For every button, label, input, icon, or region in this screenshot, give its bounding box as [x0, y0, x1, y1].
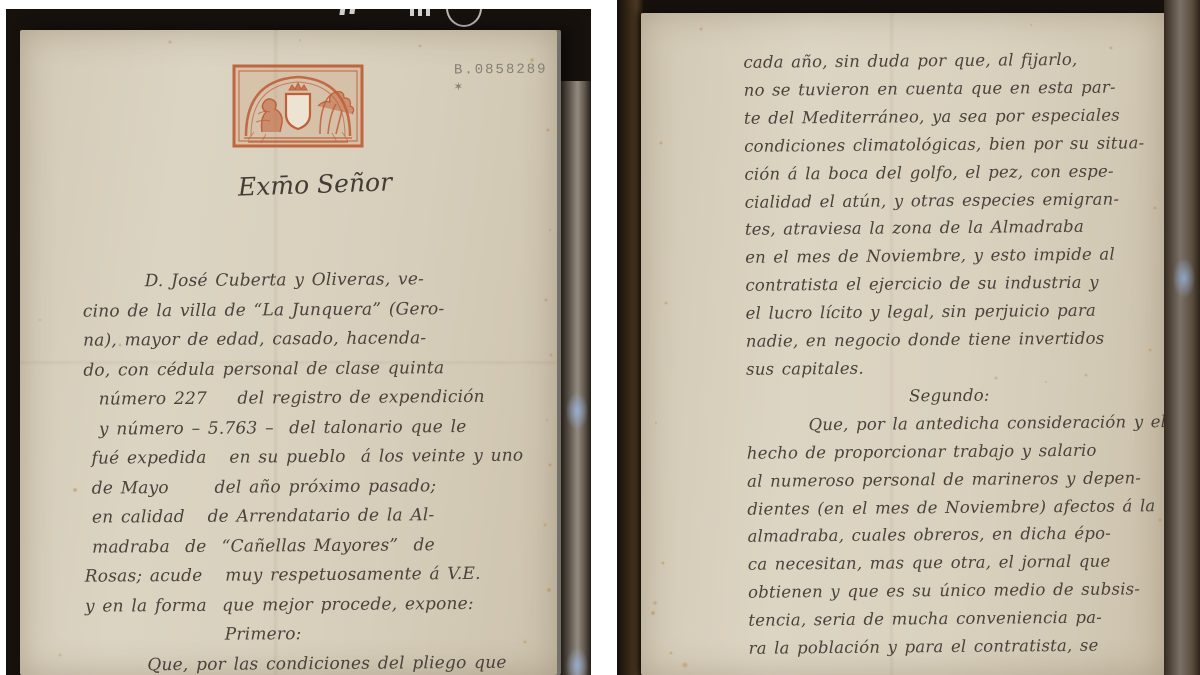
manuscript-line: no se tuvieron en cuenta que en esta par… [744, 73, 1150, 104]
cropped-top-mark [418, 9, 422, 16]
manuscript-line: te del Mediterráneo, ya sea por especial… [744, 101, 1150, 132]
manuscript-line: D. José Cuberta y Oliveras, ve- [83, 264, 559, 297]
manuscript-line: de Mayo del año próximo pasado; [84, 471, 560, 504]
manuscript-line: condiciones climatológicas, bien por su … [744, 129, 1150, 160]
left-page-paper: B.0858289 ✶ Exm̄o Señor D. José Cuberta … [20, 30, 557, 675]
manuscript-line: cialidad el atún, y otras especies emigr… [745, 185, 1151, 216]
stamp-serial-number: B.0858289 ✶ [454, 62, 557, 96]
manuscript-line: Que, por la antedicha consideración y el [746, 408, 1152, 439]
document-scan: B.0858289 ✶ Exm̄o Señor D. José Cuberta … [0, 0, 1200, 675]
salutation-heading: Exm̄o Señor [220, 167, 411, 203]
fiscal-stamp-emblem-icon [232, 64, 364, 148]
manuscript-line: na), mayor de edad, casado, hacenda- [83, 323, 559, 356]
manuscript-line: ca necesitan, mas que otra, el jornal qu… [748, 548, 1154, 579]
manuscript-line: Rosas; acude muy respetuosamente á V.E. [85, 559, 561, 592]
manuscript-line: cino de la villa de “La Junquera” (Gero- [83, 294, 559, 327]
cropped-top-mark [349, 9, 355, 14]
manuscript-line: contratista el ejercicio de su industria… [745, 268, 1151, 299]
cropped-top-mark [426, 9, 430, 16]
manuscript-line: tes, atraviesa la zona de la Almadraba [745, 213, 1151, 244]
right-page-text: cada año, sin duda por que, al fijarlo,n… [743, 45, 1154, 662]
manuscript-line: el lucro lícito y legal, sin perjuicio p… [746, 296, 1152, 327]
manuscript-line: ra la población y para el contratista, s… [748, 631, 1154, 662]
table-edge-strip [1164, 0, 1200, 675]
book-binding-edge [617, 0, 643, 675]
manuscript-line: sus capitales. [746, 352, 1152, 383]
manuscript-line: al numeroso personal de marineros y depe… [747, 464, 1153, 495]
cropped-top-mark [410, 9, 414, 16]
right-page-paper: cada año, sin duda por que, al fijarlo,n… [641, 13, 1165, 675]
manuscript-line: nadie, en negocio donde tiene invertidos [746, 324, 1152, 355]
manuscript-line: dientes (en el mes de Noviembre) afectos… [747, 492, 1153, 523]
manuscript-line: hecho de proporcionar trabajo y salario [747, 436, 1153, 467]
manuscript-line: tencia, seria de mucha conveniencia pa- [748, 603, 1154, 634]
right-page-photo: cada año, sin duda por que, al fijarlo,n… [617, 0, 1200, 675]
table-edge-strip [561, 81, 591, 675]
manuscript-line: número 227 del registro de expendición [83, 382, 559, 415]
manuscript-line: fué expedida en su pueblo á los veinte y… [84, 441, 560, 474]
cropped-top-mark [339, 9, 345, 15]
left-page-text: D. José Cuberta y Oliveras, ve-cino de l… [83, 264, 562, 675]
manuscript-line: cada año, sin duda por que, al fijarlo, [743, 45, 1149, 76]
manuscript-line: en calidad de Arrendatario de la Al- [84, 500, 560, 533]
manuscript-line: obtienen y que es su único medio de subs… [748, 575, 1154, 606]
manuscript-line: do, con cédula personal de clase quinta [83, 353, 559, 386]
manuscript-line: ción á la boca del golfo, el pez, con es… [744, 157, 1150, 188]
cropped-circle-mark [446, 9, 482, 27]
manuscript-line: en el mes de Noviembre, y esto impide al [745, 241, 1151, 272]
manuscript-line: y en la forma que mejor procede, expone: [85, 589, 561, 622]
left-page-photo: B.0858289 ✶ Exm̄o Señor D. José Cuberta … [6, 9, 591, 675]
manuscript-line: y número – 5.763 – del talonario que le [84, 412, 560, 445]
manuscript-line: almadraba, cuales obreros, en dicha épo- [747, 520, 1153, 551]
section-heading: Primero: [85, 618, 561, 651]
section-heading: Segundo: [746, 380, 1152, 411]
manuscript-line: madraba de “Cañellas Mayores” de [84, 530, 560, 563]
manuscript-line: Que, por las condiciones del pliego que [85, 648, 561, 675]
